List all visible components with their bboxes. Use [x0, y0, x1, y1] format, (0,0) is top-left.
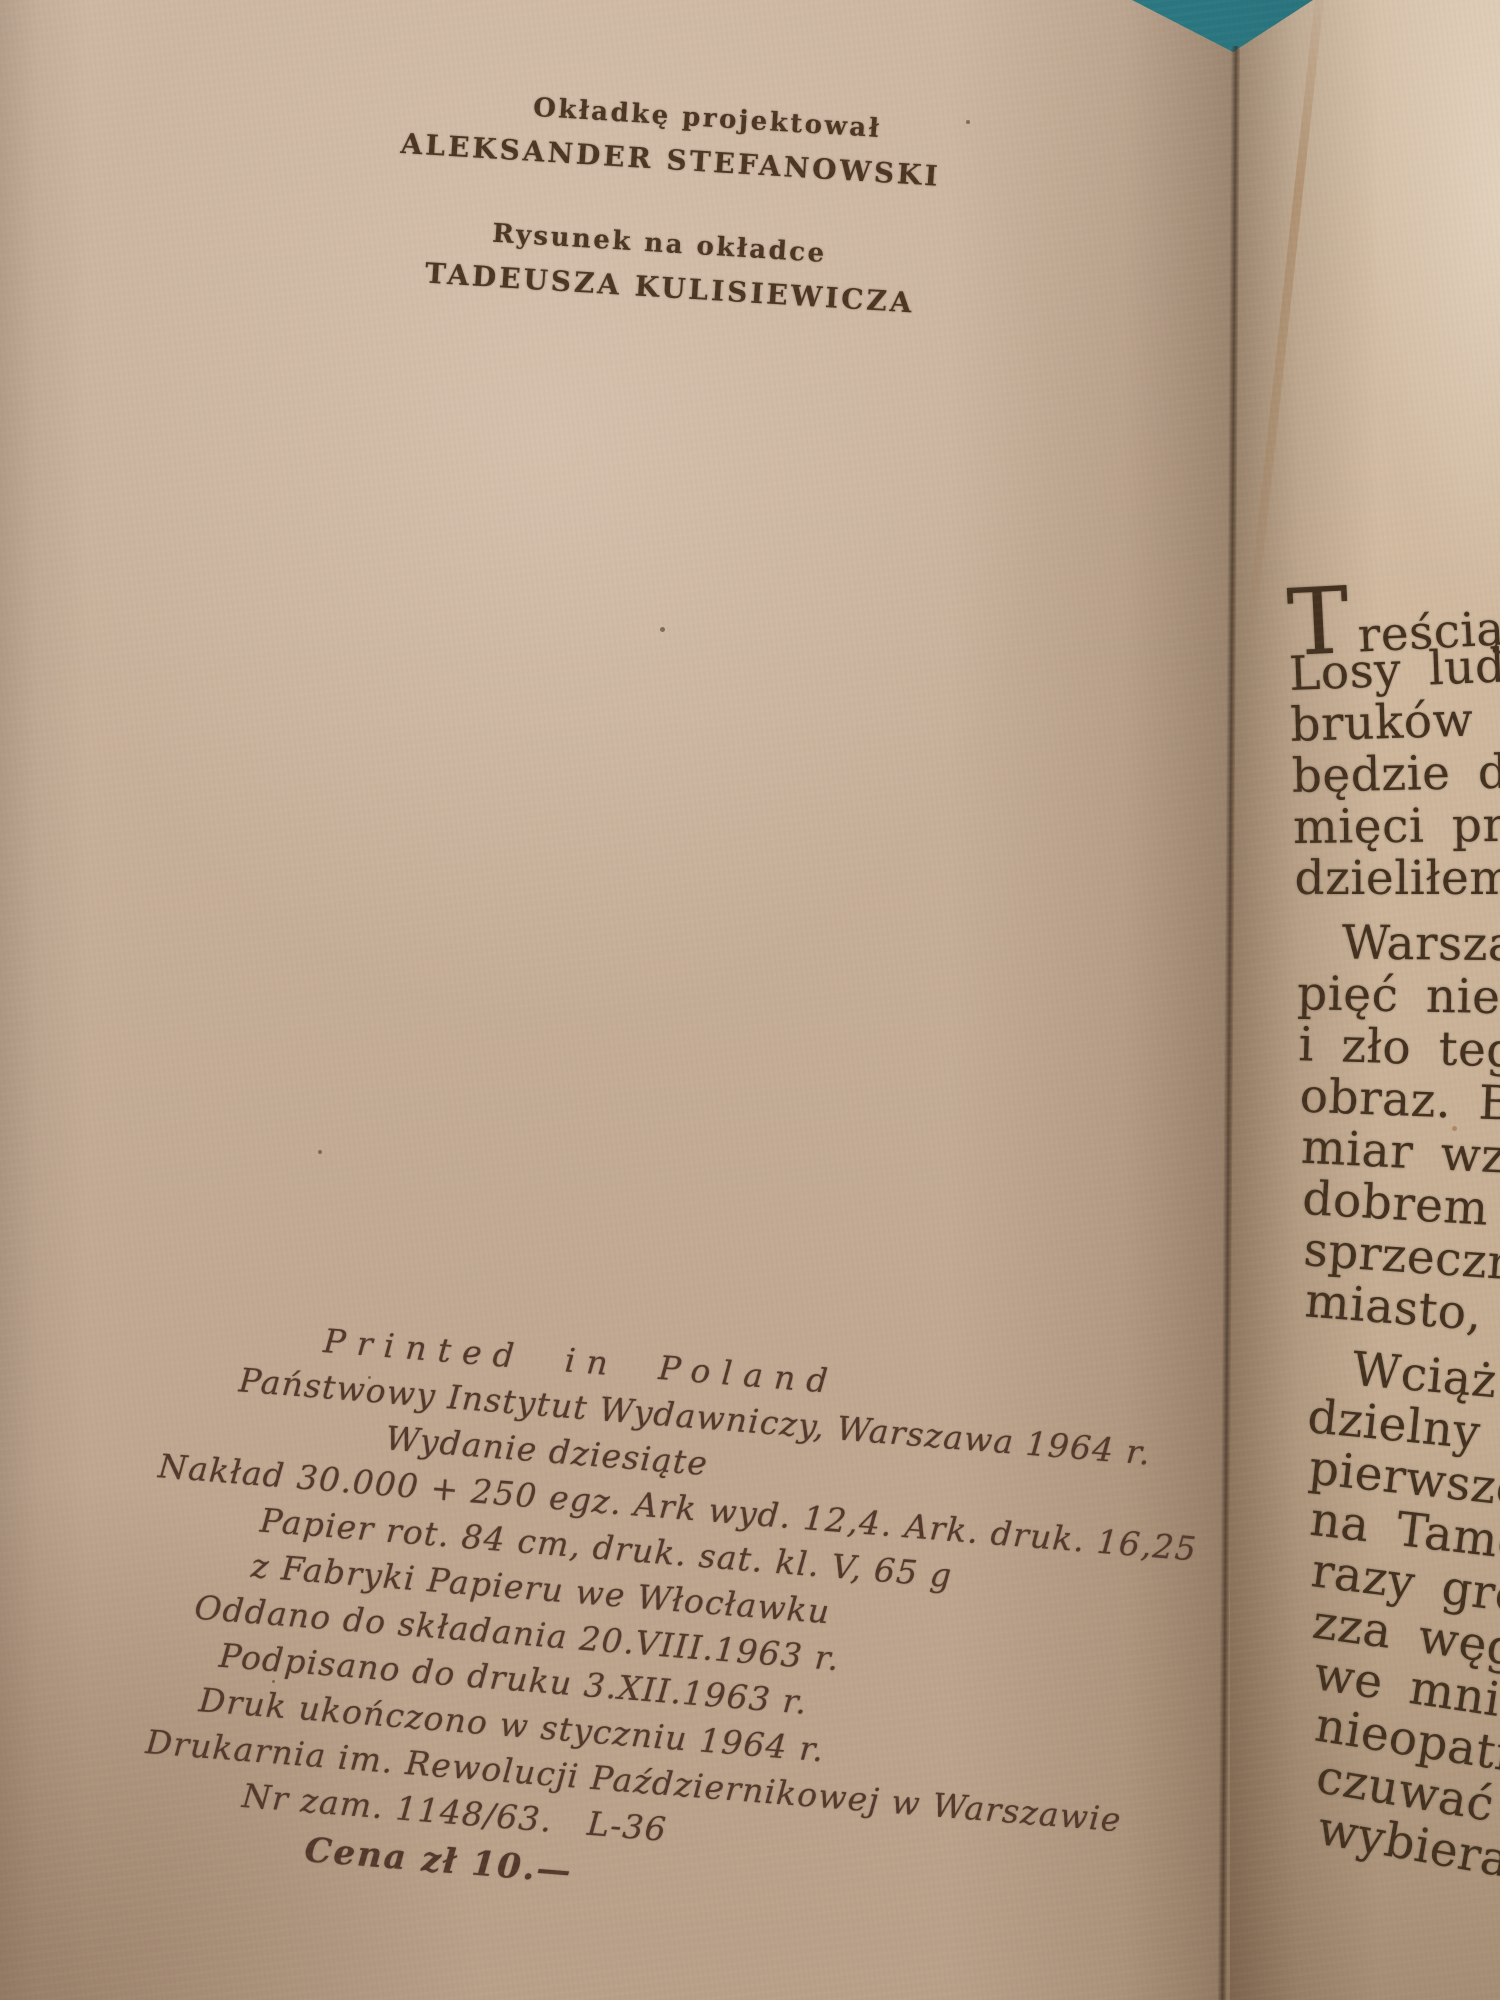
- body-text-line: pięć niezw: [1297, 968, 1500, 1024]
- paper-speck: [660, 627, 665, 632]
- body-text-line: bruków i p: [1290, 692, 1500, 751]
- paper-speck: [272, 1680, 275, 1683]
- paper-speck: [318, 1150, 322, 1154]
- body-text-line: Warszaw: [1296, 917, 1500, 971]
- body-text-line: Losy ludzk: [1288, 639, 1500, 700]
- paper-speck: [1452, 1126, 1457, 1131]
- book-photo: Okładkę projektował ALEKSANDER STEFANOWS…: [0, 0, 1500, 2000]
- imprint-block: Printed in PolandPaństwowy Instytut Wyda…: [38, 1299, 1159, 1939]
- body-text-line: będzie dra: [1291, 746, 1500, 802]
- body-text-line: mięci prag: [1293, 799, 1500, 853]
- foreword-text-block: Treścią teLosy ludzkbruków i pbędzie dra…: [1288, 598, 1500, 1848]
- body-text-line: dzieliłem: [1295, 853, 1500, 904]
- paper-speck: [966, 120, 970, 124]
- paper-speck: [368, 1376, 371, 1379]
- body-text-line: miasto, w: [1303, 1275, 1500, 1346]
